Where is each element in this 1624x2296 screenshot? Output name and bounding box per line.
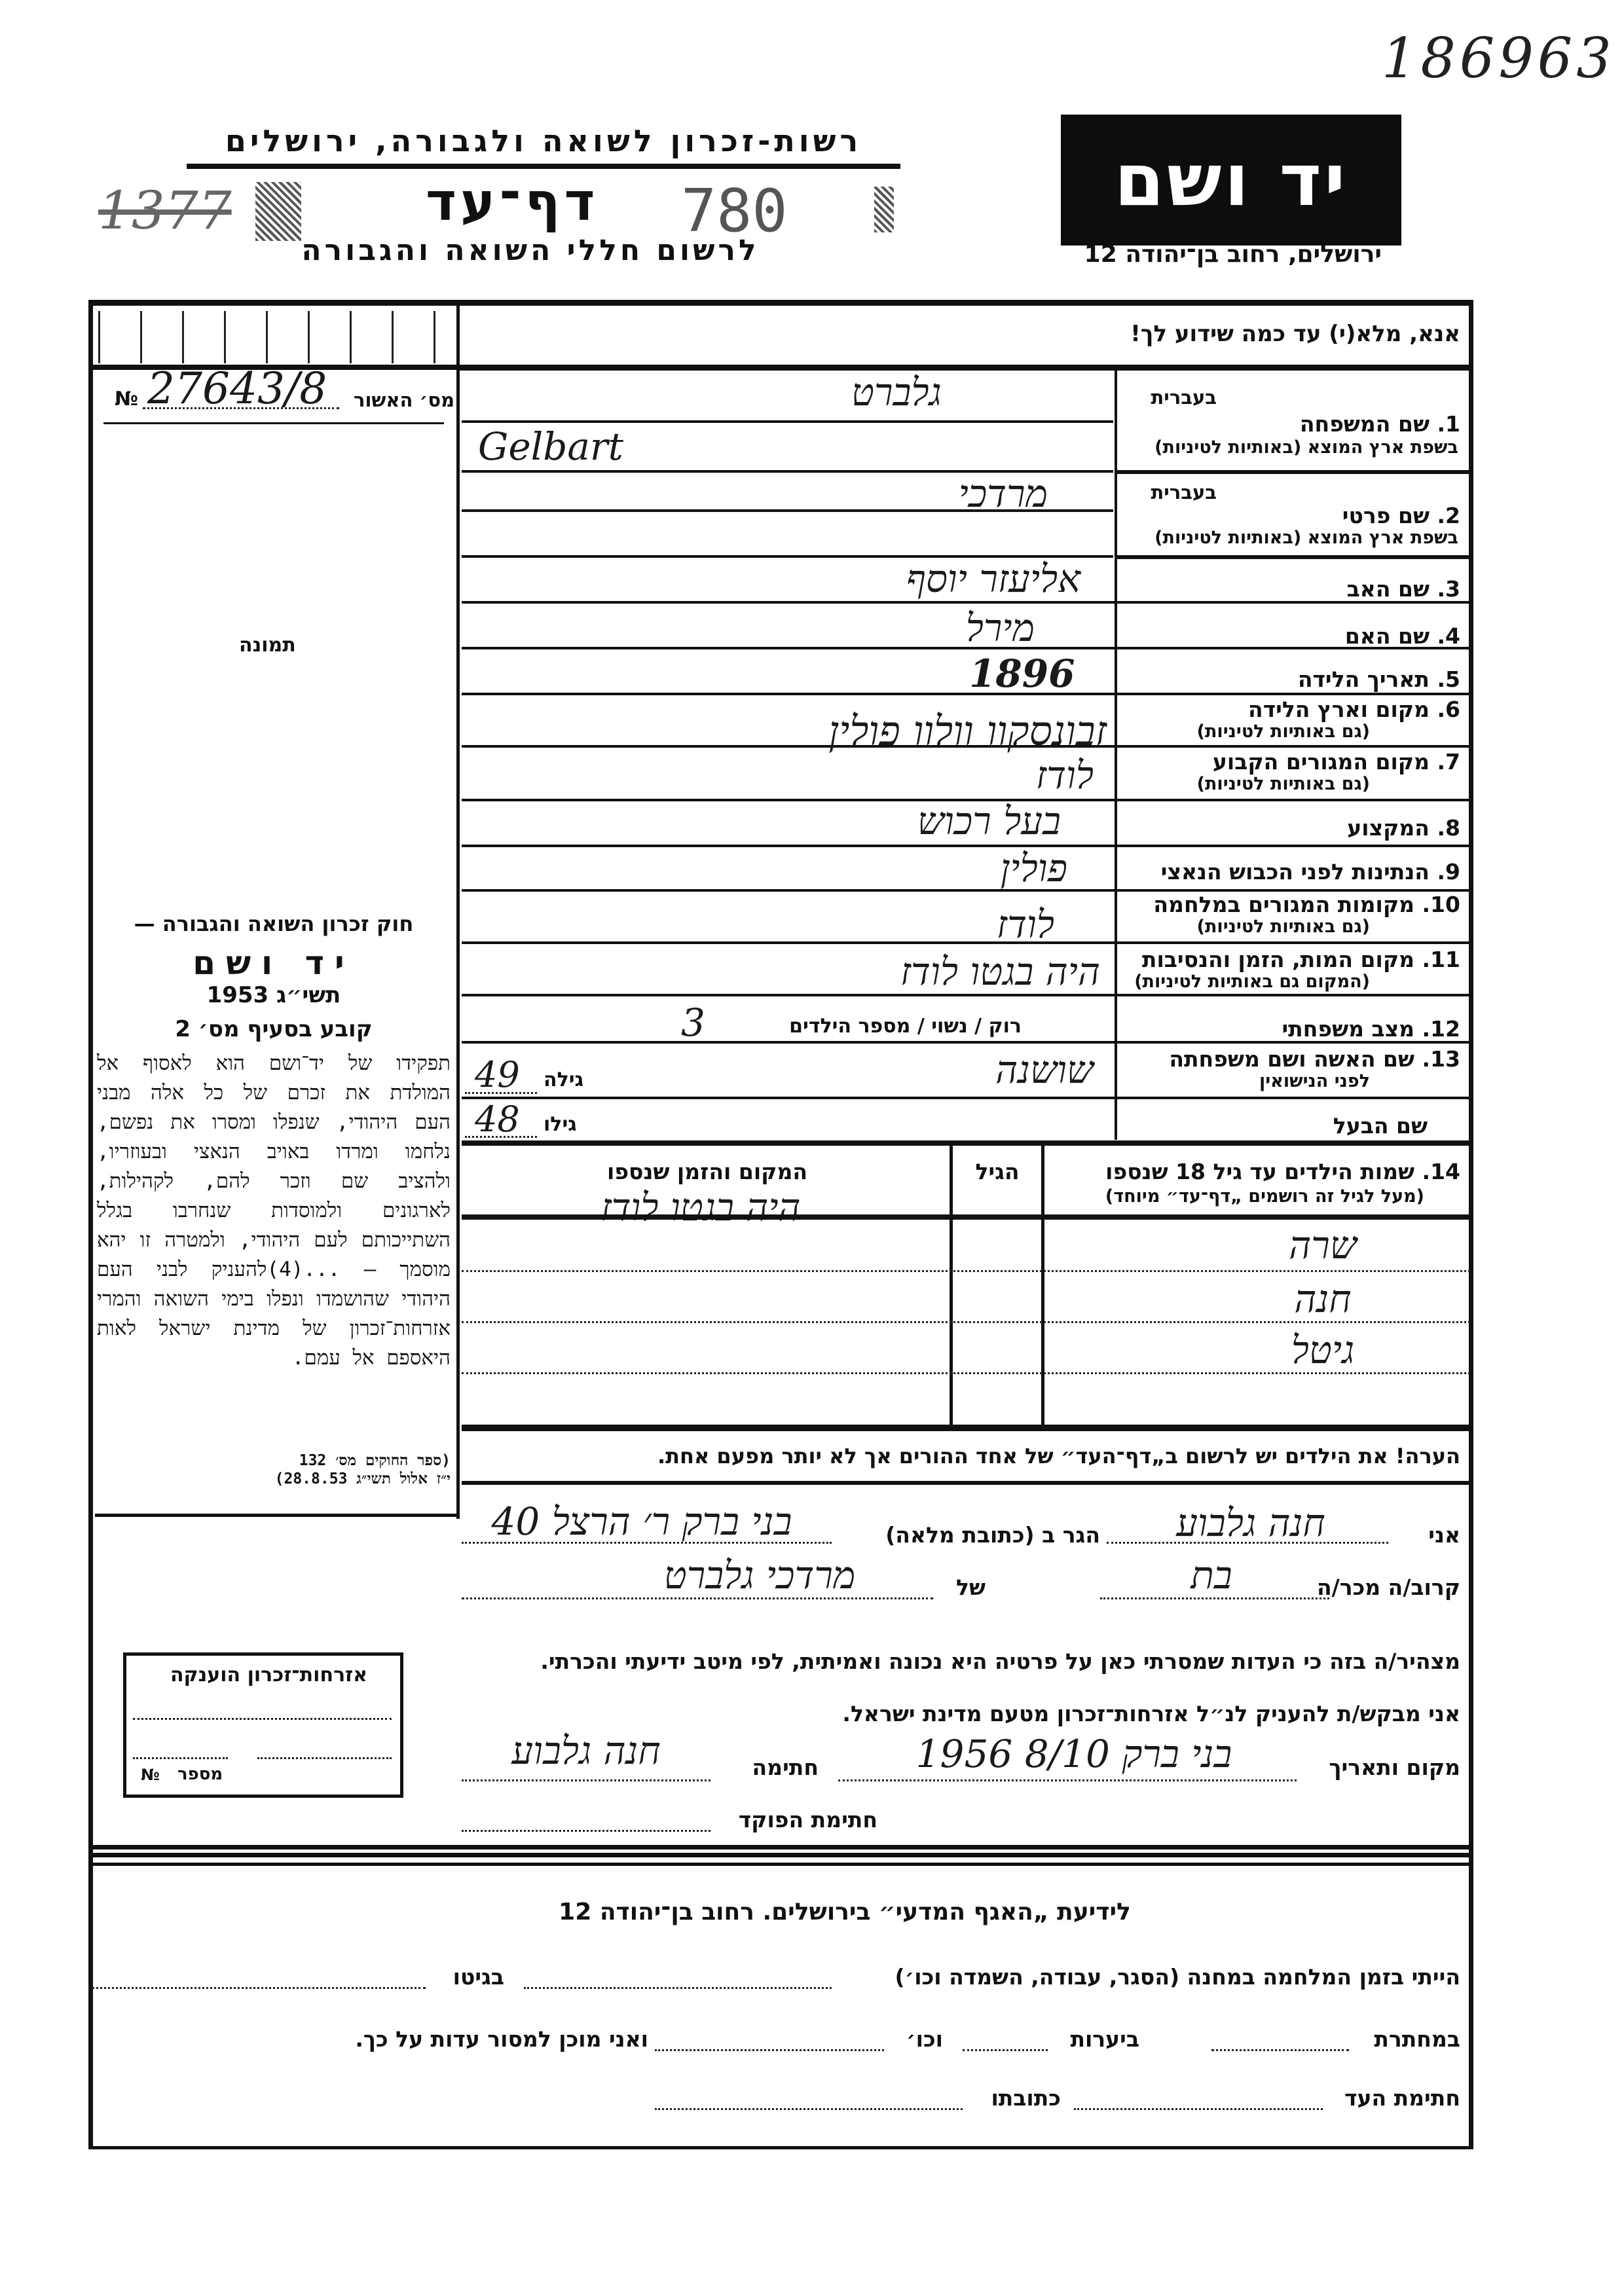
- yad-vashem-logo: יד ושם: [1061, 115, 1401, 246]
- etc-line[interactable]: [655, 2049, 884, 2051]
- field-11-value[interactable]: היה בגטו לודז: [642, 949, 1100, 994]
- children-place-header: המקום והזמן שנספו: [498, 1159, 917, 1184]
- tally-ticks: [98, 311, 439, 363]
- place-date-label: מקום ותאריך: [1310, 1755, 1460, 1780]
- field-11-label: 11. מקום המות, הזמן והנסיבות: [1121, 947, 1460, 972]
- relation-label: קרוב/ה מכר/ה: [1336, 1575, 1460, 1600]
- field-12-options[interactable]: רוק / נשוי / מספר הילדים: [714, 1015, 1022, 1038]
- archive-number: 186963: [1382, 26, 1615, 90]
- field-3-label: 3. שם האב: [1211, 576, 1460, 602]
- declarant-i-label: אני: [1401, 1522, 1460, 1548]
- form-right-border: [1469, 300, 1473, 2149]
- law-reference-2: י״ז אלול תשי״ג 28.8.53): [97, 1470, 451, 1487]
- approval-no-symbol: №: [115, 388, 138, 410]
- wife-age-label: גילה: [544, 1068, 583, 1091]
- address-label: הגר ב (כתובת מלאה): [838, 1522, 1100, 1548]
- field-13-sublabel: לפני הנישואין: [1121, 1071, 1370, 1091]
- field-11-sublabel: (המקום גם באותיות לטיניות): [1121, 972, 1370, 992]
- row-rule: [462, 601, 1470, 604]
- row-rule: [462, 693, 1470, 695]
- child-row-rule: [462, 1372, 1470, 1374]
- children-age-divider: [1041, 1146, 1044, 1427]
- approval-number-value[interactable]: 27643/8: [147, 363, 327, 414]
- row-rule: [462, 1097, 1470, 1099]
- form-subtitle: לרשום חללי השואה והגבורה: [262, 234, 799, 267]
- form-left-border: [88, 300, 93, 2149]
- child-name-1[interactable]: שרה: [1264, 1223, 1382, 1267]
- husband-age-label: גילו: [544, 1113, 577, 1136]
- field-7-sublabel: (גם באותיות לטיניות): [1121, 774, 1370, 794]
- row-rule: [462, 420, 1113, 423]
- ghetto-label: בגיטו: [432, 1964, 504, 1990]
- children-header-rule: [462, 1214, 1470, 1220]
- husband-age-value[interactable]: 48: [475, 1099, 520, 1140]
- declaration-statement: מצהיר/ה בזה כי העדות שמסרתי כאן על פרטיה…: [471, 1649, 1460, 1674]
- children-place-value[interactable]: היה בגטו לודז: [471, 1185, 930, 1230]
- etc-label: וכו׳: [891, 2026, 943, 2052]
- signature-label: חתימה: [720, 1755, 819, 1780]
- law-year: תשי״ג 1953: [97, 982, 451, 1008]
- camp-line[interactable]: [524, 1987, 832, 1989]
- field-7-label: 7. מקום המגורים הקבוע: [1211, 749, 1460, 774]
- citizenship-line-3[interactable]: [257, 1757, 392, 1759]
- wife-age-value[interactable]: 49: [475, 1054, 520, 1095]
- field-1-label: 1. שם המשפחה: [1211, 411, 1460, 437]
- label-column-divider: [1115, 371, 1117, 1140]
- address-value[interactable]: בני ברק ר׳ הרצל 40: [452, 1499, 832, 1544]
- field-7-value[interactable]: לודז: [884, 753, 1094, 797]
- official-signature-label: חתימת הפוקד: [720, 1807, 877, 1832]
- children-sublabel: (מעל לגיל זה רושמים „דף־עד״ מיוחד): [1048, 1186, 1424, 1207]
- field-6-sublabel: (גם באותיות לטיניות): [1121, 721, 1370, 742]
- of-label: של: [946, 1575, 986, 1600]
- note-rule: [462, 1481, 1470, 1485]
- scientific-dept-heading: לידיעת „האגף המדעי״ בירושלים. רחוב בן־יה…: [511, 1899, 1179, 1925]
- field-6-value[interactable]: זבונסקוו וולוו פולין: [602, 707, 1107, 756]
- forests-line[interactable]: [963, 2049, 1048, 2051]
- stamp-smudge: [255, 182, 301, 241]
- header-rule: [187, 164, 900, 169]
- field-4-value[interactable]: מירל: [838, 606, 1035, 650]
- field-8-label: 8. המקצוע: [1211, 815, 1460, 841]
- organization-name: רשות-זכרון לשואה ולגבורה, ירושלים: [187, 123, 900, 158]
- children-label: 14. שמות הילדים עד גיל 18 שנספו: [1048, 1159, 1460, 1184]
- relation-value[interactable]: בת: [1113, 1553, 1310, 1597]
- law-body: תפקידו של יד־ושם הוא לאסוף אל המולדת את …: [97, 1049, 451, 1373]
- camp-question-label: הייתי בזמן המלחמה במחנה (הסגר, עבודה, הש…: [838, 1964, 1460, 1990]
- forests-label: ביערות: [1061, 2026, 1139, 2052]
- witness-address-label: כתובתו: [969, 2085, 1061, 2111]
- children-age-header: הגיל: [961, 1159, 1033, 1184]
- form-instruction: אנא, מלא(י) עד כמה שידוע לך!: [982, 321, 1460, 347]
- approval-rule: [103, 422, 444, 424]
- field-5-value[interactable]: 1896: [969, 651, 1075, 696]
- sidebar-bottom-rule: [92, 1845, 1470, 1850]
- law-title: חוק זכרון השואה והגבורה —: [97, 911, 451, 936]
- field-1-hebrew-value[interactable]: גלברט: [851, 370, 1113, 414]
- citizenship-box: אזרחות־זכרון הוענקה № מספר: [123, 1652, 403, 1798]
- field-6-label: 6. מקום וארץ הלידה: [1211, 697, 1460, 722]
- row-rule: [462, 1041, 1470, 1044]
- approval-label: מס׳ האשור: [354, 389, 454, 411]
- ghetto-line[interactable]: [92, 1987, 426, 1989]
- law-section: קובע בסעיף מס׳ 2: [97, 1016, 451, 1042]
- old-form-number: 1377: [98, 180, 232, 241]
- field-2-latin-sublabel: בשפת ארץ המוצא (באותיות לטיניות): [1121, 528, 1458, 548]
- children-note: הערה! את הילדים יש לרשום ב„דף־העד״ של אח…: [471, 1444, 1460, 1468]
- field-10-value[interactable]: לודז: [871, 902, 1054, 947]
- signature-value[interactable]: חנה גלבוע: [458, 1728, 714, 1773]
- children-name-divider: [950, 1146, 953, 1427]
- citizenship-box-title: אזרחות־זכרון הוענקה: [170, 1664, 367, 1686]
- declarant-name-value[interactable]: חנה גלבוע: [1113, 1501, 1388, 1545]
- field-1-hebrew-sublabel: בעברית: [1133, 386, 1217, 409]
- relation-line: [1100, 1597, 1329, 1599]
- stamp-smudge-right: [874, 187, 894, 232]
- field-12-label: 12. מצב משפחתי: [1211, 1016, 1460, 1042]
- testimony-willing-label: ואני מוכן למסור עדות על כך.: [92, 2026, 648, 2052]
- citizenship-line-1[interactable]: [133, 1718, 392, 1720]
- address: ירושלים, רחוב בן־יהודה 12: [1067, 241, 1382, 268]
- field-13-value[interactable]: שושנה: [930, 1048, 1094, 1092]
- row-rule: [1117, 470, 1471, 474]
- child-name-3[interactable]: גיטל: [1264, 1328, 1382, 1372]
- field-2-hebrew-value[interactable]: מרדכי: [786, 471, 1048, 516]
- witness-signature-label: חתימת העד: [1336, 2085, 1460, 2111]
- field-9-value[interactable]: פולין: [871, 846, 1067, 890]
- section-divider-1: [92, 1853, 1470, 1857]
- official-signature-line[interactable]: [462, 1830, 710, 1832]
- field-1-latin-value[interactable]: Gelbart: [478, 424, 623, 469]
- signature-line: [462, 1779, 710, 1781]
- underground-line[interactable]: [1211, 2049, 1349, 2051]
- field-10-sublabel: (גם באותיות לטיניות): [1121, 917, 1370, 937]
- form-top-border: [88, 300, 1473, 306]
- field-12-children-count[interactable]: 3: [681, 1000, 705, 1045]
- child-name-2[interactable]: חנה: [1264, 1277, 1382, 1321]
- husband-name-label: שם הבעל: [1211, 1113, 1428, 1139]
- row-rule: [1117, 555, 1471, 559]
- child-row-rule: [462, 1321, 1470, 1323]
- field-3-value[interactable]: אליעזר יוסף: [655, 556, 1080, 601]
- section-divider-2: [92, 1863, 1470, 1866]
- children-bottom-rule: [462, 1425, 1470, 1431]
- field-5-label: 5. תאריך הלידה: [1211, 666, 1460, 692]
- row-rule: [462, 1140, 1470, 1146]
- law-logo: יד ושם: [97, 944, 451, 982]
- field-4-label: 4. שם האם: [1211, 623, 1460, 649]
- row-rule: [462, 994, 1470, 996]
- field-9-label: 9. הנתינות לפני הכבוש הנאצי: [1121, 859, 1460, 884]
- sidebar-divider: [456, 300, 460, 1519]
- place-date-line: [838, 1779, 1297, 1781]
- field-2-label: 2. שם פרטי: [1211, 503, 1460, 528]
- citizenship-number-label: מספר: [177, 1764, 223, 1784]
- of-line: [462, 1597, 933, 1599]
- sidebar-law-rule: [95, 1514, 458, 1517]
- photo-placeholder-label[interactable]: תמונה: [239, 634, 296, 657]
- field-10-label: 10. מקומות המגורים במלחמה: [1121, 892, 1460, 917]
- field-8-value[interactable]: בעל רכוש: [786, 799, 1061, 843]
- field-13-label: 13. שם האשה ושם משפחתה: [1121, 1046, 1460, 1072]
- witness-address-line[interactable]: [655, 2108, 963, 2110]
- witness-signature-line[interactable]: [1074, 2108, 1323, 2110]
- citizenship-request: אני מבקש/ת להעניק לנ״ל אזרחות־זכרון מטעם…: [720, 1701, 1460, 1726]
- citizenship-line-2[interactable]: [133, 1757, 228, 1759]
- form-title: דף־עד: [426, 172, 599, 232]
- law-reference-1: (ספר החוקים מס׳ 132: [97, 1452, 451, 1469]
- field-2-hebrew-sublabel: בעברית: [1133, 481, 1217, 503]
- underground-label: במחתרת: [1362, 2026, 1460, 2052]
- citizenship-no-symbol: №: [141, 1766, 160, 1784]
- of-value[interactable]: מרדכי גלברט: [589, 1553, 930, 1597]
- field-1-latin-sublabel: בשפת ארץ המוצא (באותיות לטיניות): [1121, 437, 1458, 458]
- place-date-value[interactable]: בני ברק 8/10 1956: [851, 1732, 1297, 1776]
- child-row-rule: [462, 1270, 1470, 1272]
- form-bottom-border: [88, 2146, 1473, 2149]
